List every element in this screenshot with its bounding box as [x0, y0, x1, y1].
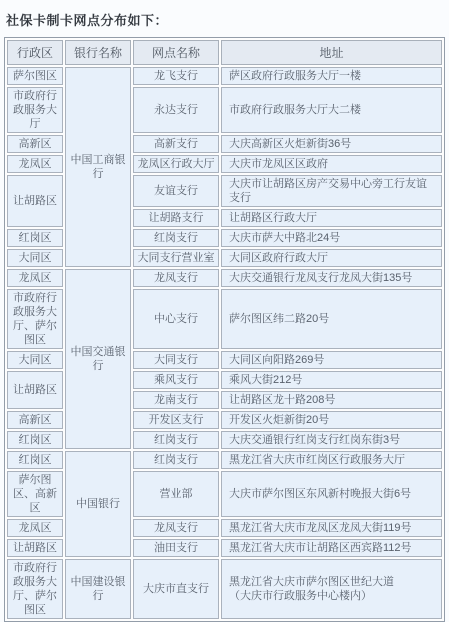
- address-cell: 大庆市萨大中路北24号: [221, 229, 442, 247]
- page-title: 社保卡制卡网点分布如下：: [6, 10, 445, 29]
- branch-cell: 开发区支行: [133, 411, 219, 429]
- branch-cell: 龙凤区行政大厅: [133, 155, 219, 173]
- district-cell: 龙凤区: [7, 155, 63, 173]
- branch-cell: 中心支行: [133, 289, 219, 349]
- branch-cell: 营业部: [133, 471, 219, 517]
- district-cell: 红岗区: [7, 451, 63, 469]
- table-row: 红岗区 中国银行 红岗支行 黑龙江省大庆市红岗区行政服务大厅: [7, 451, 442, 469]
- address-cell: 大庆交通银行红岗支行红岗东街3号: [221, 431, 442, 449]
- branch-cell: 乘风支行: [133, 371, 219, 389]
- address-cell: 黑龙江省大庆市萨尔图区世纪大道 （大庆市行政服务中心楼内）: [221, 559, 442, 619]
- branch-cell: 高新支行: [133, 135, 219, 153]
- address-cell: 黑龙江省大庆市红岗区行政服务大厅: [221, 451, 442, 469]
- address-cell: 让胡路区龙十路208号: [221, 391, 442, 409]
- address-cell: 大同区向阳路269号: [221, 351, 442, 369]
- address-cell: 乘风大街212号: [221, 371, 442, 389]
- branch-cell: 红岗支行: [133, 451, 219, 469]
- table-row: 萨尔图区 中国工商银行 龙飞支行 萨区政府行政服务大厅一楼: [7, 67, 442, 85]
- table-row: 龙凤区 中国交通银行 龙凤支行 大庆交通银行龙凤支行龙凤大街135号: [7, 269, 442, 287]
- col-header-district: 行政区: [7, 40, 63, 65]
- bank-cell: 中国建设银行: [65, 559, 131, 619]
- branch-cell: 龙凤支行: [133, 519, 219, 537]
- district-cell: 让胡路区: [7, 371, 63, 409]
- district-cell: 大同区: [7, 249, 63, 267]
- branch-cell: 龙南支行: [133, 391, 219, 409]
- district-cell: 龙凤区: [7, 269, 63, 287]
- district-cell: 红岗区: [7, 431, 63, 449]
- branch-cell: 红岗支行: [133, 431, 219, 449]
- district-cell: 大同区: [7, 351, 63, 369]
- address-cell: 大庆市萨尔图区东风新村晚报大街6号: [221, 471, 442, 517]
- branch-cell: 大同支行营业室: [133, 249, 219, 267]
- district-cell: 萨尔图区、高新区: [7, 471, 63, 517]
- district-cell: 萨尔图区: [7, 67, 63, 85]
- address-cell: 萨区政府行政服务大厅一楼: [221, 67, 442, 85]
- branch-cell: 大庆市直支行: [133, 559, 219, 619]
- district-cell: 龙凤区: [7, 519, 63, 537]
- branch-cell: 龙凤支行: [133, 269, 219, 287]
- district-cell: 高新区: [7, 135, 63, 153]
- branch-cell: 大同支行: [133, 351, 219, 369]
- bank-cell: 中国工商银行: [65, 67, 131, 267]
- address-cell: 黑龙江省大庆市龙凤区龙凤大街119号: [221, 519, 442, 537]
- col-header-branch: 网点名称: [133, 40, 219, 65]
- bank-cell: 中国银行: [65, 451, 131, 557]
- page: 社保卡制卡网点分布如下： 行政区 银行名称 网点名称 地址 萨尔图区 中国工商银…: [0, 0, 449, 531]
- branch-cell: 让胡路支行: [133, 209, 219, 227]
- col-header-address: 地址: [221, 40, 442, 65]
- district-cell: 让胡路区: [7, 539, 63, 557]
- address-cell: 大庆高新区火炬新街36号: [221, 135, 442, 153]
- branch-cell: 油田支行: [133, 539, 219, 557]
- district-cell: 市政府行政服务大厅、萨尔图区: [7, 559, 63, 619]
- district-cell: 让胡路区: [7, 175, 63, 227]
- address-cell: 大庆市让胡路区房产交易中心旁工行友谊支行: [221, 175, 442, 207]
- branch-cell: 友谊支行: [133, 175, 219, 207]
- district-cell: 市政府行政服务大厅: [7, 87, 63, 133]
- address-cell: 开发区火炬新街20号: [221, 411, 442, 429]
- address-cell: 大同区政府行政大厅: [221, 249, 442, 267]
- table-header-row: 行政区 银行名称 网点名称 地址: [7, 40, 442, 65]
- bank-cell: 中国交通银行: [65, 269, 131, 449]
- branch-cell: 永达支行: [133, 87, 219, 133]
- address-cell: 大庆市龙凤区区政府: [221, 155, 442, 173]
- address-cell: 大庆交通银行龙凤支行龙凤大街135号: [221, 269, 442, 287]
- district-cell: 红岗区: [7, 229, 63, 247]
- branch-cell: 龙飞支行: [133, 67, 219, 85]
- col-header-bank: 银行名称: [65, 40, 131, 65]
- branch-network-table: 行政区 银行名称 网点名称 地址 萨尔图区 中国工商银行 龙飞支行 萨区政府行政…: [4, 37, 445, 622]
- address-cell: 黑龙江省大庆市让胡路区西宾路112号: [221, 539, 442, 557]
- district-cell: 市政府行政服务大厅、萨尔图区: [7, 289, 63, 349]
- address-cell: 萨尔图区纬二路20号: [221, 289, 442, 349]
- address-cell: 让胡路区行政大厅: [221, 209, 442, 227]
- table-row: 市政府行政服务大厅、萨尔图区 中国建设银行 大庆市直支行 黑龙江省大庆市萨尔图区…: [7, 559, 442, 619]
- branch-cell: 红岗支行: [133, 229, 219, 247]
- address-cell: 市政府行政服务大厅大二楼: [221, 87, 442, 133]
- district-cell: 高新区: [7, 411, 63, 429]
